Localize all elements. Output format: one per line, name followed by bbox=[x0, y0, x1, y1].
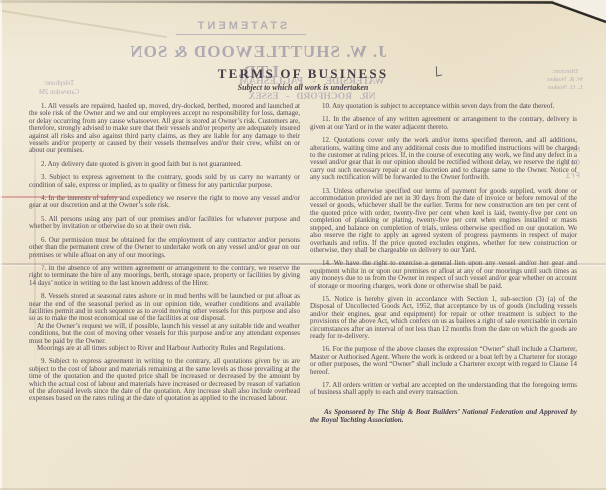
clause-paragraph: 2. Any delivery date quoted is given in … bbox=[29, 161, 300, 168]
clause-paragraph: 1. All vessels are repaired, hauled up, … bbox=[29, 103, 300, 155]
clause-paragraph: 17. All orders written or verbal are acc… bbox=[310, 382, 577, 397]
page-title: TERMS OF BUSINESS bbox=[0, 66, 606, 82]
clause-paragraph: 12. Quotations cover only the work and/o… bbox=[310, 137, 577, 181]
clause-paragraph: Moorings are at all times subject to Riv… bbox=[29, 345, 300, 352]
clause-paragraph: 15. Notice is hereby given in accordance… bbox=[310, 296, 577, 340]
sponsor-note: As Sponsored by The Ship & Boat Builders… bbox=[310, 408, 577, 424]
clause-paragraph: At the Owner’s request we will, if possi… bbox=[29, 323, 300, 345]
clause-paragraph: 6. Our permission must be obtained for t… bbox=[29, 237, 300, 259]
clause-paragraph: 7. In the absence of any written agreeme… bbox=[29, 265, 300, 287]
clause-paragraph: 9. Subject to express agreement in writi… bbox=[29, 358, 300, 402]
bleed-address-line2: NR. ROCHFORD - ESSEX bbox=[242, 92, 382, 102]
crease-pink-line bbox=[0, 196, 122, 198]
crease-vertical bbox=[34, 115, 36, 370]
clause-paragraph: 11. In the absence of any written agreem… bbox=[310, 116, 577, 131]
clause-paragraph: 5. All persons using any part of our pre… bbox=[29, 216, 300, 231]
fold-crease-horizontal bbox=[0, 263, 606, 265]
clause-paragraph: 16. For the purpose of the above clauses… bbox=[310, 346, 577, 376]
scan-edge-left bbox=[0, 0, 2, 490]
clause-paragraph: 10. Any quotation is subject to acceptan… bbox=[310, 103, 577, 110]
clause-paragraph: 3. Subject to express agreement to the c… bbox=[29, 174, 300, 189]
pen-mark bbox=[436, 65, 442, 76]
clause-paragraph: 8. Vessels stored at seasonal rates asho… bbox=[29, 293, 300, 323]
top-edge-and-corner-fold bbox=[0, 0, 606, 30]
scanned-document-page: STATEMENT J. W. SHUTTLEWOOD & SON LTD. W… bbox=[0, 0, 606, 490]
clause-paragraph: 13. Unless otherwise specified our terms… bbox=[310, 188, 577, 255]
page-subtitle: Subject to which all work is undertaken bbox=[0, 83, 606, 92]
